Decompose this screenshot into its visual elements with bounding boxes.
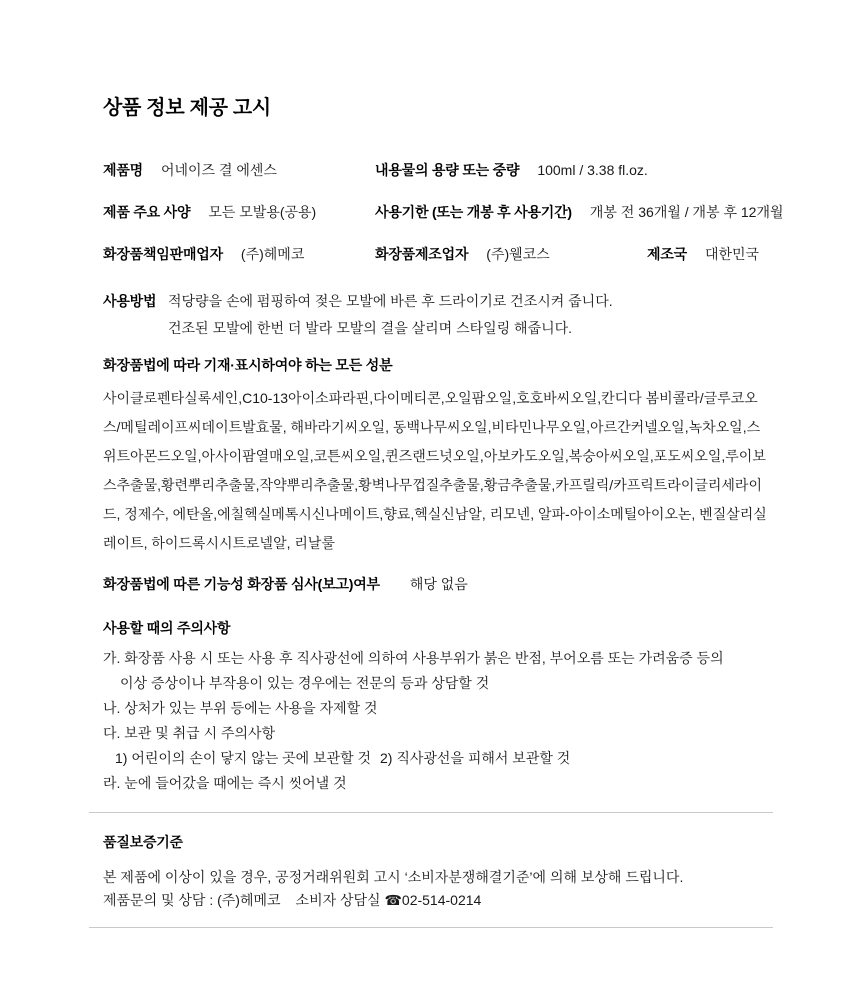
product-name-cell: 제품명어네이즈 결 에센스 [103,162,277,179]
seller-value: (주)헤메코 [241,246,304,262]
caution-item-c: 다. 보관 및 취급 시 주의사항 [103,721,773,746]
usage-method-label: 사용방법 [103,288,168,342]
usage-method-line-2: 건조된 모발에 한번 더 발라 모발의 결을 살리며 스타일링 해줍니다. [168,315,613,342]
info-row-2: 제품 주요 사양모든 모발용(공용) 사용기한 (또는 개봉 후 사용기간)개봉… [103,204,773,221]
warranty-contact-line: 제품문의 및 상담 : (주)헤메코소비자 상담실 ☎02-514-0214 [103,889,773,912]
usage-method-line-1: 적당량을 손에 펌핑하여 젖은 모발에 바른 후 드라이기로 건조시켜 줍니다. [168,288,613,315]
manufacturer-cell: 화장품제조업자(주)웰코스 [375,246,550,263]
caution-item-a-line-1: 가. 화장품 사용 시 또는 사용 후 직사광선에 의하여 사용부위가 붉은 반… [103,646,773,671]
warranty-contact-label: 제품문의 및 상담 : (주)헤메코 [103,892,281,908]
seller-label: 화장품책임판매업자 [103,246,223,262]
spec-cell: 제품 주요 사양모든 모발용(공용) [103,204,316,221]
caution-item-c-sub-1: 1) 어린이의 손이 닿지 않는 곳에 보관할 것 [115,746,371,771]
country-value: 대한민국 [705,246,759,262]
ingredients-text: 사이클로펜타실록세인,C10-13아이소파라핀,다이메티콘,오일팜오일,호호바씨… [103,384,773,558]
warranty-heading: 품질보증기준 [103,834,773,851]
product-info-notice-page: 상품 정보 제공 고시 제품명어네이즈 결 에센스 내용물의 용량 또는 중량1… [0,0,860,1005]
country-label: 제조국 [647,246,687,262]
caution-item-d: 라. 눈에 들어갔을 때에는 즉시 씻어낼 것 [103,771,773,796]
caution-item-c-subitems: 1) 어린이의 손이 닿지 않는 곳에 보관할 것 2) 직사광선을 피해서 보… [103,746,773,771]
expiry-cell: 사용기한 (또는 개봉 후 사용기간)개봉 전 36개월 / 개봉 후 12개월 [375,204,784,221]
page-title: 상품 정보 제공 고시 [103,97,773,120]
usage-method-row: 사용방법 적당량을 손에 펌핑하여 젖은 모발에 바른 후 드라이기로 건조시켜… [103,288,773,342]
cautions-list: 가. 화장품 사용 시 또는 사용 후 직사광선에 의하여 사용부위가 붉은 반… [103,646,773,796]
info-row-3: 화장품책임판매업자(주)헤메코 화장품제조업자(주)웰코스 제조국대한민국 [103,246,773,263]
volume-label: 내용물의 용량 또는 중량 [375,162,519,178]
info-row-1: 제품명어네이즈 결 에센스 내용물의 용량 또는 중량100ml / 3.38 … [103,162,773,179]
product-name-label: 제품명 [103,162,143,178]
ingredients-heading: 화장품법에 따라 기재·표시하여야 하는 모든 성분 [103,357,773,374]
spec-value: 모든 모발용(공용) [208,204,316,220]
cautions-heading: 사용할 때의 주의사항 [103,620,773,637]
functional-review-label: 화장품법에 따른 기능성 화장품 심사(보고)여부 [103,576,380,592]
manufacturer-label: 화장품제조업자 [375,246,468,262]
seller-cell: 화장품책임판매업자(주)헤메코 [103,246,304,263]
functional-review-row: 화장품법에 따른 기능성 화장품 심사(보고)여부해당 없음 [103,576,773,593]
manufacturer-value: (주)웰코스 [486,246,549,262]
caution-item-c-sub-2: 2) 직사광선을 피해서 보관할 것 [380,746,570,771]
expiry-label: 사용기한 (또는 개봉 후 사용기간) [375,204,572,220]
caution-item-a-line-2: 이상 증상이나 부작용이 있는 경우에는 전문의 등과 상담할 것 [103,671,773,696]
volume-cell: 내용물의 용량 또는 중량100ml / 3.38 fl.oz. [375,162,648,179]
usage-method-text: 적당량을 손에 펌핑하여 젖은 모발에 바른 후 드라이기로 건조시켜 줍니다.… [168,288,613,342]
warranty-contact-value: 소비자 상담실 ☎02-514-0214 [296,892,482,908]
country-cell: 제조국대한민국 [647,246,759,263]
divider-top [89,812,773,813]
caution-item-b: 나. 상처가 있는 부위 등에는 사용을 자제할 것 [103,696,773,721]
warranty-line-1: 본 제품에 이상이 있을 경우, 공정거래위원회 고시 ‘소비자분쟁해결기준’에… [103,866,773,889]
spec-label: 제품 주요 사양 [103,204,190,220]
volume-value: 100ml / 3.38 fl.oz. [537,162,648,178]
functional-review-value: 해당 없음 [410,576,468,592]
expiry-value: 개봉 전 36개월 / 개봉 후 12개월 [590,204,784,220]
warranty-text: 본 제품에 이상이 있을 경우, 공정거래위원회 고시 ‘소비자분쟁해결기준’에… [103,866,773,912]
product-name-value: 어네이즈 결 에센스 [161,162,277,178]
divider-bottom [89,927,773,928]
